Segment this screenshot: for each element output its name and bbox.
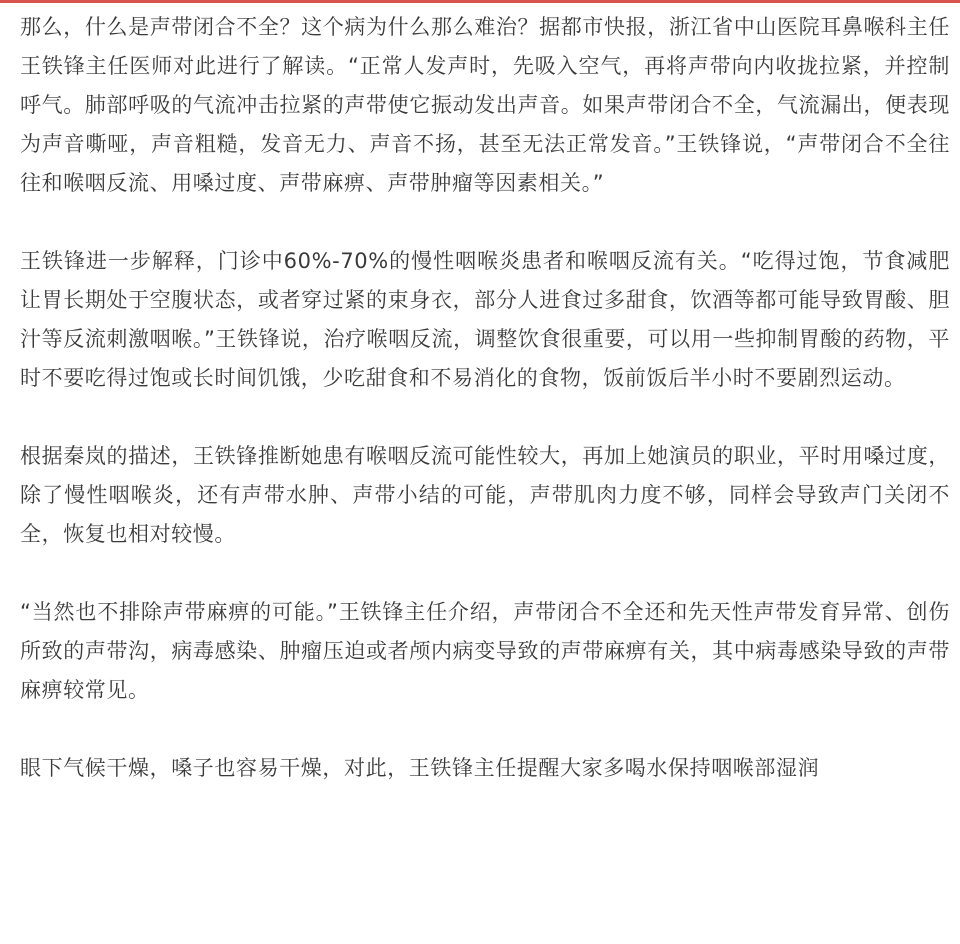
paragraph-advice: 眼下气候干燥，嗓子也容易干燥，对此，王铁锋主任提醒大家多喝水保持咽喉部湿润 xyxy=(20,749,950,788)
paragraph-diagnosis: 根据秦岚的描述，王铁锋推断她患有喉咽反流可能性较大，再加上她演员的职业，平时用嗓… xyxy=(20,437,950,554)
top-accent-rule xyxy=(0,0,960,3)
paragraph-vocal-cord-definition: 那么，什么是声带闭合不全？这个病为什么那么难治？据都市快报，浙江省中山医院耳鼻喉… xyxy=(20,8,950,203)
paragraph-reflux-explanation: 王铁锋进一步解释，门诊中60%-70%的慢性咽喉炎患者和喉咽反流有关。“吃得过饱… xyxy=(20,242,950,398)
paragraph-paralysis: “当然也不排除声带麻痹的可能。”王铁锋主任介绍，声带闭合不全还和先天性声带发育异… xyxy=(20,593,950,710)
article-body: 那么，什么是声带闭合不全？这个病为什么那么难治？据都市快报，浙江省中山医院耳鼻喉… xyxy=(20,8,950,827)
